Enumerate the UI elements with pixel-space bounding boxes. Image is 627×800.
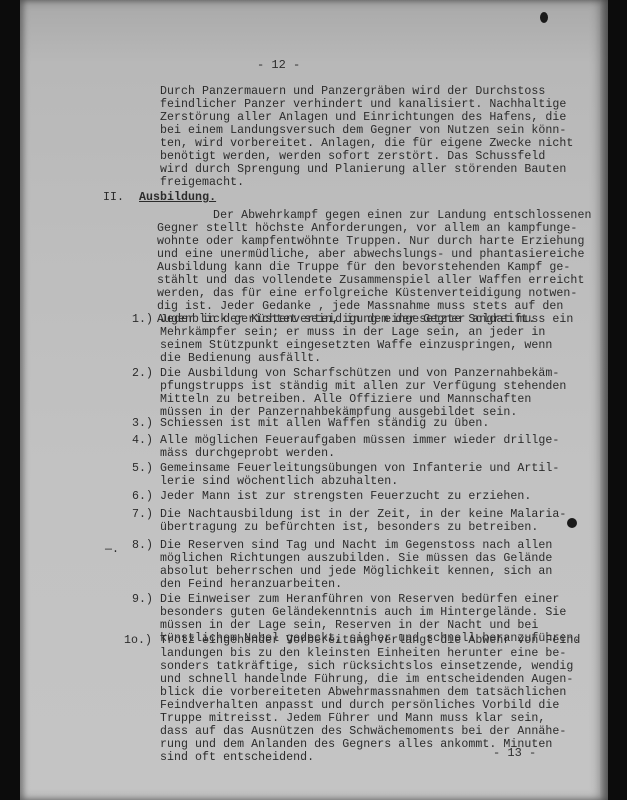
list-item-text: die Bedienung ausfällt. — [160, 352, 321, 365]
text-line: und eine unermüdliche, aber abwechslungs… — [157, 248, 584, 261]
list-item-text: möglichen Richtungen auszubilden. Sie mü… — [160, 552, 552, 565]
list-item-number: 8.) — [132, 539, 153, 552]
list-item-text: Jeder Mann ist zur strengsten Feuerzucht… — [160, 490, 531, 503]
ink-blot — [567, 518, 577, 528]
list-item-text: Die Nachtausbildung ist in der Zeit, in … — [160, 508, 566, 521]
list-item-text: Mitteln zu betreiben. Alle Offiziere und… — [160, 393, 531, 406]
list-item-number: 5.) — [132, 462, 153, 475]
text-line: wird durch Sprengung und Planierung alle… — [160, 163, 566, 176]
list-item-text: Die Reserven sind Tag und Nacht im Gegen… — [160, 539, 552, 552]
list-item-number: 6.) — [132, 490, 153, 503]
text-line: Durch Panzermauern und Panzergräben wird… — [160, 85, 545, 98]
text-line: benötigt werden, werden sofort zerstört.… — [160, 150, 545, 163]
list-item-text: pfungstrupps ist ständig mit allen zur V… — [160, 380, 566, 393]
list-item-text: blick die vorbereiteten Abwehrmassnahmen… — [160, 686, 566, 699]
list-item-text: übertragung zu befürchten ist, besonders… — [160, 521, 538, 534]
list-item-text: sonders tatkräftige, sich rücksichtslos … — [160, 660, 573, 673]
text-line: ten, wird vorbereitet. Anlagen, die für … — [160, 137, 573, 150]
list-item-text: landungen bis zu den kleinsten Einheiten… — [160, 647, 566, 660]
list-item-text: Trotz eingehender Vorbereitung verlangt … — [160, 634, 580, 647]
list-item-text: müssen in der Lage sein, Reserven in der… — [160, 619, 538, 632]
list-item-text: Gemeinsame Feuerleitungsübungen von Infa… — [160, 462, 559, 475]
list-item-number: 3.) — [132, 417, 153, 430]
list-item-text: Truppe mitreisst. Jedem Führer und Mann … — [160, 712, 545, 725]
ink-blot — [540, 12, 548, 23]
section-numeral: II. — [103, 191, 124, 204]
text-line: Der Abwehrkampf gegen einen zur Landung … — [157, 209, 591, 222]
text-line: feindlicher Panzer verhindert und kanali… — [160, 98, 566, 111]
list-item-text: lerie sind wöchentlich abzuhalten. — [160, 475, 398, 488]
page-number-top: - 12 - — [257, 58, 300, 72]
list-item-text: den Feind heranzuarbeiten. — [160, 578, 342, 591]
list-item-number: 1o.) — [124, 634, 152, 647]
section-heading: Ausbildung. — [139, 191, 216, 204]
list-item-text: Jeder in der Küstenverteidigung eingeset… — [160, 313, 573, 326]
text-line: Gegner stellt höchste Anforderungen, vor… — [157, 222, 577, 235]
text-line: wohnte oder kampfentwöhnte Truppen. Nur … — [157, 235, 584, 248]
text-line: Zerstörung aller Anlagen und Einrichtung… — [160, 111, 566, 124]
list-item-number: 4.) — [132, 434, 153, 447]
page-number-bottom: - 13 - — [493, 746, 536, 760]
list-item-text: Die Ausbildung von Scharfschützen und vo… — [160, 367, 559, 380]
document-page: - 12 - Durch Panzermauern und Panzergräb… — [20, 0, 608, 800]
list-item-text: Feindverhalten anpasst und durch persönl… — [160, 699, 559, 712]
list-item-text: Die Einweiser zum Heranführen von Reserv… — [160, 593, 559, 606]
list-item-text: seinem Stützpunkt eingesetzten Waffe ein… — [160, 339, 552, 352]
list-item-text: dass auf das Ausnützen des Schwächemomen… — [160, 725, 566, 738]
text-line: stählt und das vollendete Zusammenspiel … — [157, 274, 584, 287]
list-item-text: mäss durchgeprobt werden. — [160, 447, 335, 460]
text-line: bei einem Landungsversuch dem Gegner von… — [160, 124, 566, 137]
list-item-text: Alle möglichen Feueraufgaben müssen imme… — [160, 434, 559, 447]
list-item-text: besonders guten Geländekenntnis auch im … — [160, 606, 566, 619]
text-line: werden, das für eine erfolgreiche Küsten… — [157, 287, 577, 300]
text-line: dig ist. Jeder Gedanke , jede Massnahme … — [157, 300, 563, 313]
list-item-text: Mehrkämpfer sein; er muss in der Lage se… — [160, 326, 545, 339]
list-item-text: Schiessen ist mit allen Waffen ständig z… — [160, 417, 489, 430]
list-item-text: sind oft entscheidend. — [160, 751, 314, 764]
list-item-number: 7.) — [132, 508, 153, 521]
list-item-number: 1.) — [132, 313, 153, 326]
list-item-text: und schnell handelnde Führung, die im en… — [160, 673, 573, 686]
list-item-text: absolut beherrschen und jede Möglichkeit… — [160, 565, 552, 578]
text-line: Ausbildung kann die Truppe für den bevor… — [157, 261, 570, 274]
text-line: freigemacht. — [160, 176, 244, 189]
list-item-number: 9.) — [132, 593, 153, 606]
margin-mark: —. — [105, 543, 119, 556]
list-item-number: 2.) — [132, 367, 153, 380]
